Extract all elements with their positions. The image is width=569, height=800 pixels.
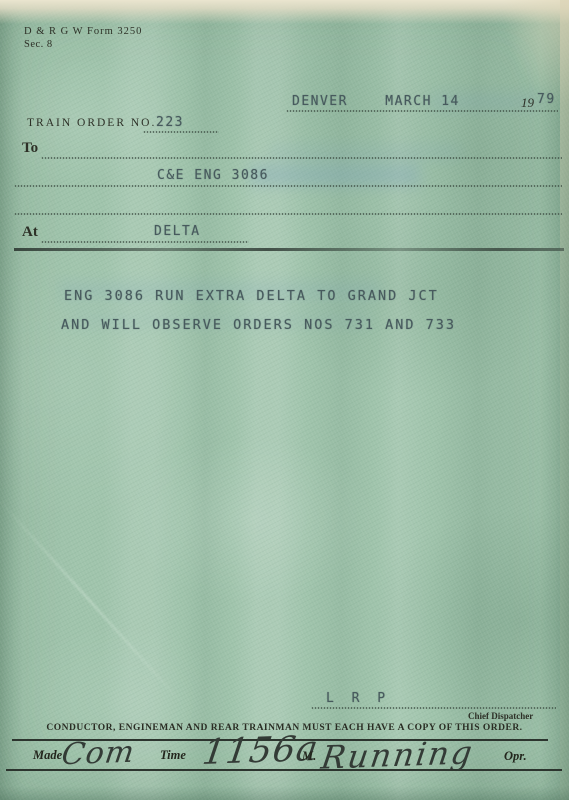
date-line [286,110,558,112]
addressee-line [14,185,562,187]
meridiem-label: M. [302,749,316,764]
year-preprint: 19 [521,95,534,111]
dispatcher-line [311,707,556,709]
order-body-line-2: AND WILL OBSERVE ORDERS NOS 731 AND 733 [61,317,456,333]
year-value: 79 [537,92,556,107]
made-handwritten-value: Com [59,735,137,773]
carbon-smudge [250,164,420,186]
addressee-value: C&E ENG 3086 [157,168,269,183]
at-label: At [22,224,38,241]
paper-crease [0,496,184,705]
page-top-right-edge [479,0,569,140]
city-date-value: DENVER MARCH 14 [292,94,460,109]
train-order-form: D & R G W Form 3250 Sec. 8 DENVER MARCH … [0,0,569,800]
order-body-line-1: ENG 3086 RUN EXTRA DELTA TO GRAND JCT [64,288,439,304]
page-bottom-edge [0,786,569,800]
time-label: Time [160,748,186,763]
footer-rule-bottom [6,769,562,771]
page-top-edge [0,0,569,24]
at-value: DELTA [154,224,201,239]
to-line [41,157,562,159]
blank-line [14,213,562,215]
order-no-label: TRAIN ORDER NO. [27,117,156,129]
form-number: D & R G W Form 3250 [24,26,142,37]
order-no-value: 223 [156,115,184,130]
dispatcher-initials: L R P [326,691,390,706]
dispatcher-title: Chief Dispatcher [468,711,533,721]
at-line [41,241,249,243]
form-section: Sec. 8 [24,39,53,50]
order-no-line [143,131,219,133]
to-label: To [22,140,38,157]
section-rule [14,248,564,251]
made-label: Made [33,748,62,763]
operator-label: Opr. [504,749,527,764]
page-right-edge [560,0,569,800]
